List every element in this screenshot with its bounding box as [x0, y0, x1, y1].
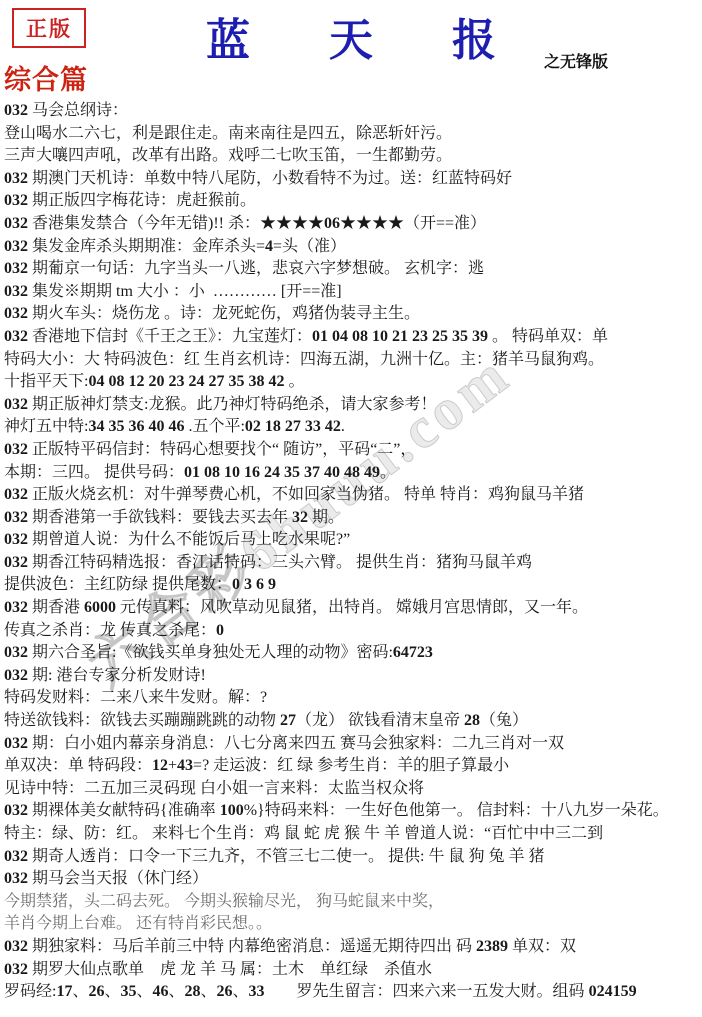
text-line: 罗码经:17、26、35、46、28、26、33 罗先生留言：四来六来一五发大财…: [4, 981, 700, 1004]
text-line: 单双决：单 特码段：12+43=? 走运波：红 绿 参考生肖：羊的胆子算最小: [4, 755, 700, 778]
text-line: 032 正版特平码信封：特码心想要找个“ 随访”，平码“二”，: [4, 439, 700, 462]
text-line: 032 期: 港台专家分析发财诗!: [4, 665, 700, 688]
text-line: 032 期澳门天机诗：单数中特八尾防，小数看特不为过。送：红蓝特码好: [4, 168, 700, 191]
text-line: 032 期葡京一句话：九字当头一八逃，悲哀六字梦想破。 玄机字：逃: [4, 258, 700, 281]
text-line: 032 集发※期期 tm 大小 ：小 ………… [开==准]: [4, 281, 700, 304]
text-line: 032 期香江特码精选报：香江话特码：三头六臂。 提供生肖：猪狗马鼠羊鸡: [4, 552, 700, 575]
text-line: 032 期曾道人说：为什么不能饭后马上吃水果呢?”: [4, 529, 700, 552]
section-heading: 综合篇: [4, 58, 88, 97]
text-line: 032 期正版四字梅花诗：虎赶猴前。: [4, 190, 700, 213]
text-line: 特送欲钱料：欲钱去买蹦蹦跳跳的动物 27（龙） 欲钱看清末皇帝 28（兔）: [4, 710, 700, 733]
text-line: 032 期香港 6000 元传真料：风吹草动见鼠猪，出特肖。 嫦娥月宫思情郎，又…: [4, 597, 700, 620]
text-line: 特主：绿、防：红。 来料七个生肖：鸡 鼠 蛇 虎 猴 牛 羊 曾道人说：“百忙中…: [4, 823, 700, 846]
text-line: 特码大小：大 特码波色：红 生肖玄机诗：四海五湖，九洲十亿。主：猪羊马鼠狗鸡。: [4, 349, 700, 372]
text-line: 032 期香港第一手欲钱料：要钱去买去年 32 期。: [4, 507, 700, 530]
text-line: 032 期六合圣旨:《欲钱买单身独处无人理的动物》密码:64723: [4, 642, 700, 665]
text-line: 032 期火车头：烧伤龙 。诗：龙死蛇伤，鸡猪伪装寻主生。: [4, 303, 700, 326]
text-line: 羊肖今期上台难。 还有特肖彩民想。。: [4, 913, 700, 936]
text-line: 032 期罗大仙点歌单 虎 龙 羊 马 属：土木 单红绿 杀值水: [4, 959, 700, 982]
text-line: 032 期马会当天报（休门经）: [4, 868, 700, 891]
text-line: 特码发财料：二来八来牛发财。解：?: [4, 687, 700, 710]
text-line: 032 期裸体美女献特码{准确率 100%}特码来料：一生好色他第一。 信封料：…: [4, 800, 700, 823]
document-page: 正版 蓝 天 报 之无锋版 综合篇 六合彩6huuu.com 032 马会总纲诗…: [0, 0, 702, 1017]
text-line: 032 正版火烧玄机：对牛弹琴费心机，不如回家当伪猪。 特单 特肖：鸡狗鼠马羊猪: [4, 484, 700, 507]
text-line: 本期：三四。 提供号码：01 08 10 16 24 35 37 40 48 4…: [4, 462, 700, 485]
text-line: 032 期独家料：马后羊前三中特 内幕绝密消息：遥遥无期待四出 码 2389 单…: [4, 936, 700, 959]
text-line: 032 集发金库杀头期期准：金库杀头=4=头（准）: [4, 236, 700, 259]
text-line: 三声大嚷四声吼，改革有出路。戏呼二七吹玉笛，一生都勤劳。: [4, 145, 700, 168]
text-line: 十指平天下:04 08 12 20 23 24 27 35 38 42 。: [4, 371, 700, 394]
text-line: 032 香港集发禁合（今年无错)!! 杀：★★★★06★★★★（开==准）: [4, 213, 700, 236]
text-line: 032 期：白小姐内幕亲身消息：八七分离来四五 赛马会独家料：二九三肖对一双: [4, 733, 700, 756]
text-line: 032 期正版神灯禁支:龙猴。此乃神灯特码绝杀，请大家参考！: [4, 394, 700, 417]
text-line: 032 香港地下信封《千王之王》：九宝莲灯：01 04 08 10 21 23 …: [4, 326, 700, 349]
text-line: 032 期奇人透肖：口令一下三九齐，不管三七二使一。 提供: 牛 鼠 狗 兔 羊…: [4, 846, 700, 869]
text-line: 提供波色：主红防绿 提供尾数：0 3 6 9: [4, 574, 700, 597]
text-line: 登山喝水二六七，利是跟住走。南来南往是四五，除恶斩奸污。: [4, 123, 700, 146]
edition-subtitle: 之无锋版: [544, 49, 608, 72]
text-line: 今期禁猪，头二码去死。 今期头猴输尽光， 狗马蛇鼠来中奖，: [4, 891, 700, 914]
body-text: 032 马会总纲诗： 登山喝水二六七，利是跟住走。南来南往是四五，除恶斩奸污。 …: [4, 100, 700, 1004]
text-line: 传真之杀肖：龙 传真之杀尾：0: [4, 620, 700, 643]
text-line: 神灯五中特:34 35 36 40 46 .五个平:02 18 27 33 42…: [4, 416, 700, 439]
text-line: 032 马会总纲诗：: [4, 100, 700, 123]
text-line: 见诗中特：二五加三灵码现 白小姐一言来料：太监当权众将: [4, 778, 700, 801]
